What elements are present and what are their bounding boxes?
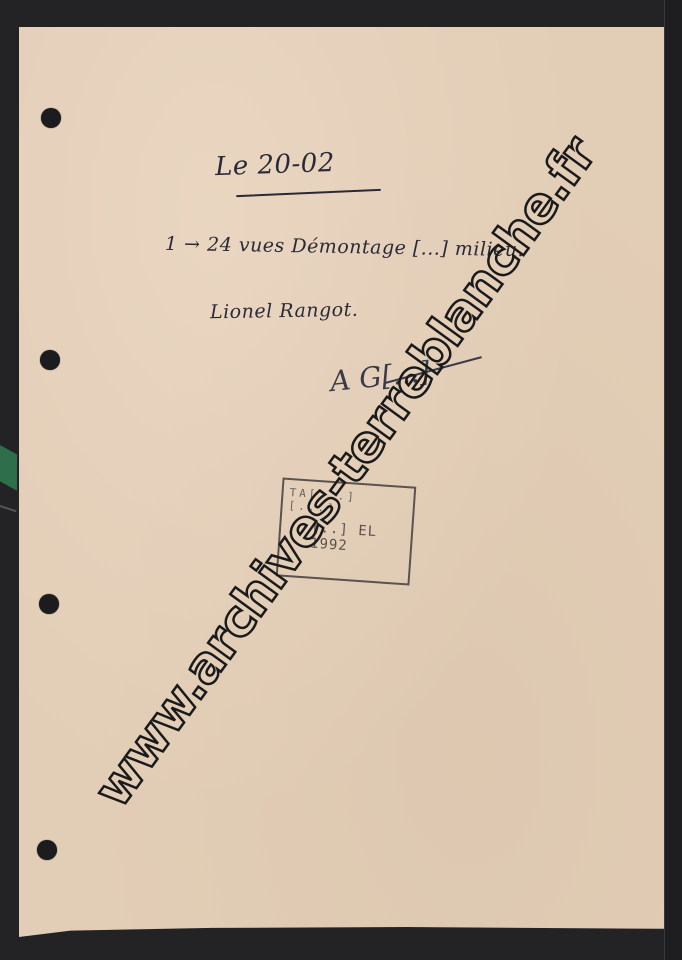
- punch-hole-1: [41, 108, 61, 128]
- handwritten-date: Le 20-02: [215, 148, 336, 182]
- punch-hole-2: [40, 350, 60, 370]
- handwritten-line-name: Lionel Rangot.: [210, 299, 359, 324]
- scanner-right-edge: [664, 0, 682, 960]
- green-folder-tab: [0, 445, 17, 497]
- folder-edge-line: [0, 505, 16, 512]
- punch-hole-4: [37, 840, 57, 860]
- punch-hole-3: [39, 594, 59, 614]
